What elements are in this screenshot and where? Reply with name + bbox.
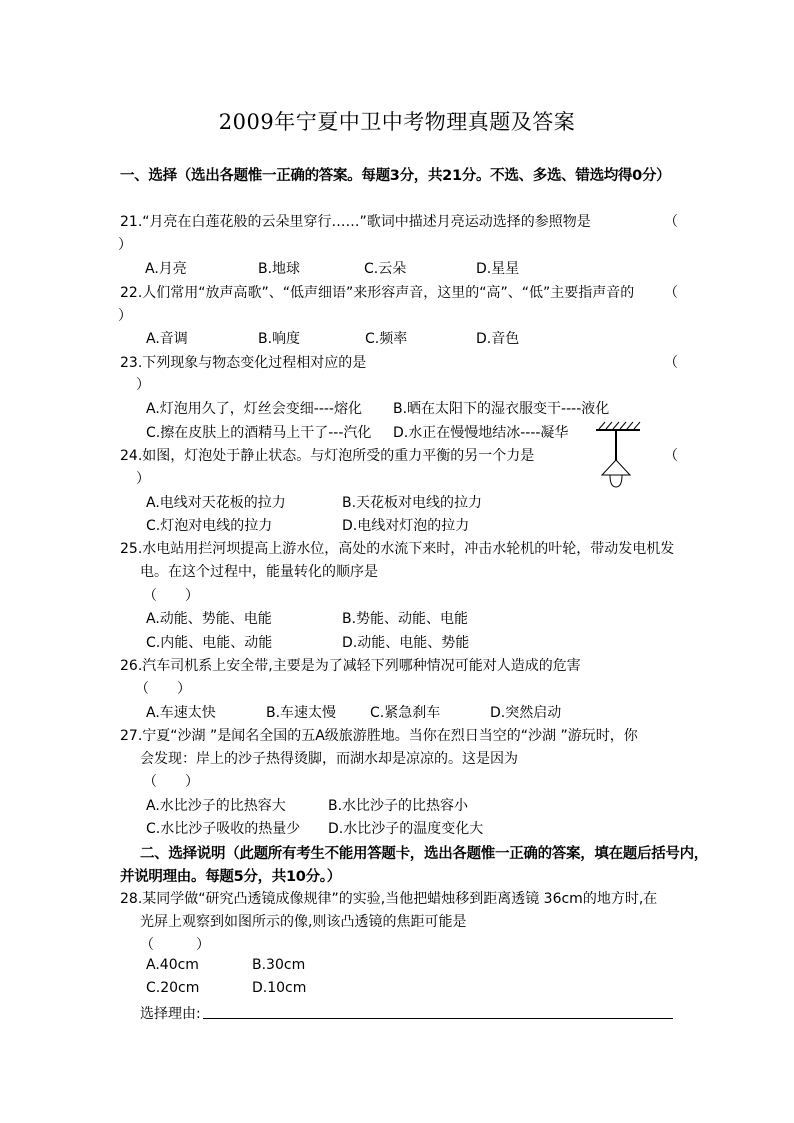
section-2-heading-line-1: 二、选择说明（此题所有考生不能用答题卡，选出各题惟一正确的答案，填在题后括号内， [140, 842, 708, 863]
question-27-answer-paren: （ ） [143, 771, 199, 791]
question-23-answer-paren-open: （ [664, 352, 678, 372]
question-27-option-d: D.水比沙子的温度变化大 [328, 818, 483, 838]
question-25-text-line-1: 25.水电站用拦河坝提高上游水位，高处的水流下来时，冲击水轮机的叶轮，带动发电机… [120, 538, 674, 558]
question-23-option-c: C.擦在皮肤上的酒精马上干了---汽化 [146, 422, 371, 442]
question-25-answer-paren: （ ） [143, 585, 199, 605]
question-23-text: 23.下列现象与物态变化过程相对应的是 [120, 352, 366, 372]
question-27-text-line-1: 27.宁夏“沙湖 ”是闻名全国的五A级旅游胜地。当你在烈日当空的“沙湖 ”游玩时… [120, 725, 638, 745]
question-25-option-b: B.势能、动能、电能 [342, 608, 468, 628]
question-22-answer-paren-open: （ [664, 282, 678, 302]
question-28-option-c: C.20cm [146, 980, 199, 996]
question-22-text: 22.人们常用“放声高歌”、“低声细语”来形容声音，这里的“高”、“低”主要指声… [120, 282, 634, 302]
question-22-answer-paren-close: ） [118, 305, 132, 325]
question-24-option-a: A.电线对天花板的拉力 [146, 492, 286, 512]
section-1-heading: 一、选择（选出各题惟一正确的答案。每题3分，共21分。不选、多选、错选均得0分） [120, 164, 670, 185]
ceiling-hatch [599, 422, 640, 429]
question-25-option-a: A.动能、势能、电能 [146, 608, 272, 628]
question-22-option-b: B.响度 [258, 328, 300, 348]
question-26-option-b: B.车速太慢 [266, 702, 336, 722]
question-25-option-d: D.动能、电能、势能 [342, 632, 469, 652]
question-25-text-line-2: 电。在这个过程中，能量转化的顺序是 [140, 561, 378, 581]
question-28-text-line-2: 光屏上观察到如图所示的像,则该凸透镜的焦距可能是 [140, 911, 466, 931]
question-24-answer-paren-close: ） [136, 468, 150, 488]
question-24-option-b: B.天花板对电线的拉力 [342, 492, 482, 512]
question-21-text: 21.“月亮在白莲花般的云朵里穿行……”歌词中描述月亮运动选择的参照物是 [120, 211, 591, 231]
question-27-option-b: B.水比沙子的比热容小 [328, 795, 468, 815]
question-28-option-a: A.40cm [146, 957, 199, 973]
question-28-answer-paren: （ ） [140, 934, 210, 954]
question-21-answer-paren-close: ） [118, 234, 132, 254]
question-23-option-b: B.晒在太阳下的湿衣服变干----液化 [393, 398, 609, 418]
question-21-option-a: A.月亮 [145, 258, 187, 278]
reason-answer-line[interactable] [203, 1018, 673, 1019]
question-24-option-c: C.灯泡对电线的拉力 [146, 515, 272, 535]
question-21-option-b: B.地球 [258, 258, 300, 278]
question-21-answer-paren-open: （ [664, 211, 678, 231]
question-25-option-c: C.内能、电能、动能 [146, 632, 272, 652]
hanging-lamp-figure [594, 420, 644, 492]
question-28-text-line-1: 28.某同学做“研究凸透镜成像规律”的实验,当他把蜡烛移到距离透镜 36cm的地… [120, 888, 657, 908]
bulb-icon [610, 475, 622, 487]
question-23-answer-paren-close: ） [136, 374, 150, 394]
section-2-heading-line-2: 并说明理由。每题5分，共10分。） [120, 865, 341, 886]
question-23-option-d: D.水正在慢慢地结冰----凝华 [393, 422, 568, 442]
reason-label: 选择理由: [140, 1003, 201, 1023]
question-27-option-c: C.水比沙子吸收的热量少 [146, 818, 300, 838]
question-28-option-b: B.30cm [252, 957, 305, 973]
question-21-option-c: C.云朵 [364, 258, 406, 278]
question-26-option-d: D.突然启动 [490, 702, 561, 722]
lampshade-icon [602, 460, 630, 475]
question-26-option-c: C.紧急刹车 [370, 702, 440, 722]
question-24-text: 24.如图，灯泡处于静止状态。与灯泡所受的重力平衡的另一个力是 [120, 445, 534, 465]
question-27-option-a: A.水比沙子的比热容大 [146, 795, 286, 815]
question-24-option-d: D.电线对灯泡的拉力 [342, 515, 469, 535]
question-23-option-a: A.灯泡用久了，灯丝会变细----熔化 [146, 398, 362, 418]
page-title: 2009年宁夏中卫中考物理真题及答案 [0, 106, 794, 136]
question-28-option-d: D.10cm [252, 980, 306, 996]
question-22-option-d: D.音色 [476, 328, 519, 348]
question-26-answer-paren: （ ） [135, 678, 191, 698]
question-27-text-line-2: 会发现：岸上的沙子热得烫脚，而湖水却是凉凉的。这是因为 [140, 748, 518, 768]
question-22-option-c: C.频率 [365, 328, 407, 348]
question-21-option-d: D.星星 [476, 258, 519, 278]
question-26-text: 26.汽车司机系上安全带,主要是为了减轻下列哪种情况可能对人造成的危害 [120, 655, 581, 675]
question-26-option-a: A.车速太快 [146, 702, 216, 722]
question-22-option-a: A.音调 [146, 328, 188, 348]
question-24-answer-paren-open: （ [664, 445, 678, 465]
